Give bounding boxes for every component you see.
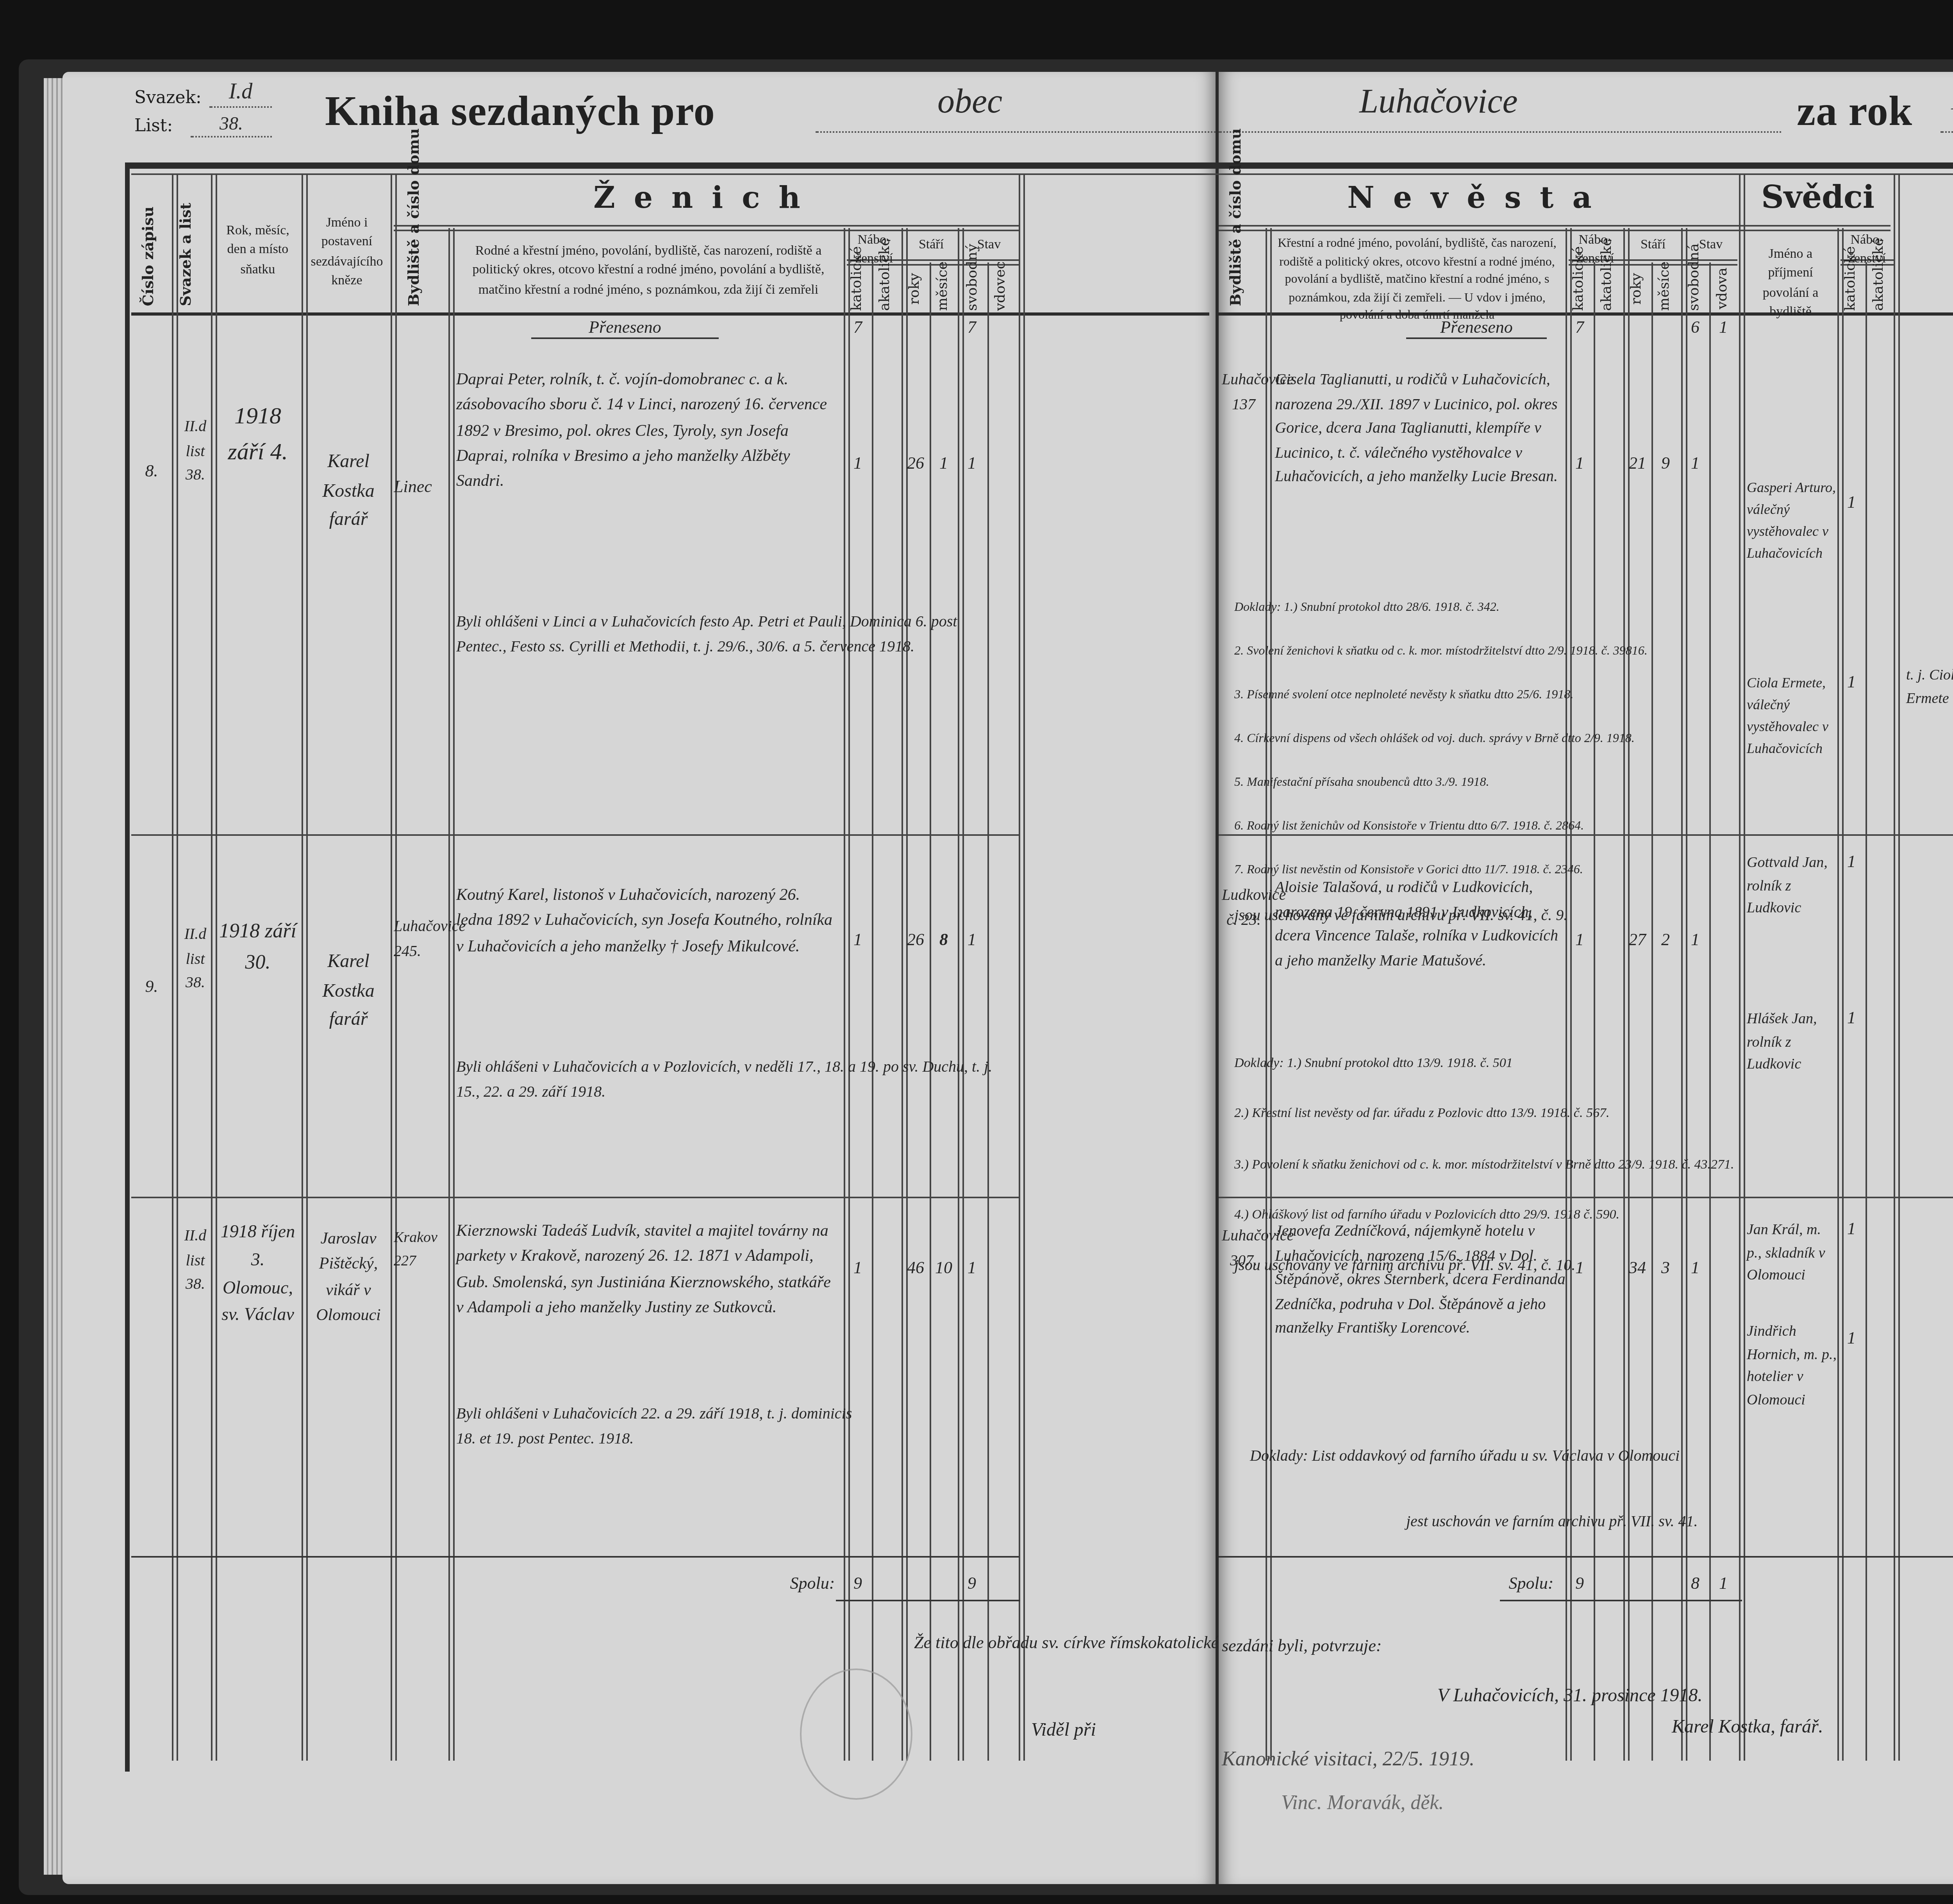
groom-banns: Byli ohlášeni v Luhačovicích a v Pozlovi… (456, 1056, 1011, 1105)
col-katolicke: katolické (850, 267, 866, 311)
entry-notes: t. j. Ciola Ermete (1906, 666, 1953, 712)
entry-svazek-list: II.d list 38. (178, 1225, 212, 1297)
table-top-rule (125, 162, 1219, 169)
col-priest: Jméno i postavení sezdávajícího kněze (306, 212, 387, 289)
groom-residence: Linec (394, 475, 447, 501)
row-separator (131, 1556, 1019, 1558)
col-vdova: vdova (1716, 267, 1731, 311)
witness-1: Gasperi Arturo, válečný vystěhovalec v L… (1747, 478, 1837, 565)
col-mesice: měsíce (1658, 267, 1673, 311)
canonical-visit: Kanonické visitaci, 22/5. 1919. (1222, 1743, 1628, 1775)
witness-katolicke: 1 (1837, 494, 1866, 512)
col-roky: roky (1630, 267, 1645, 311)
groom-description: Daprai Peter, rolník, t. č. vojín-domobr… (456, 369, 839, 496)
open-book: Svazek: I.d List: 38. Kniha sezdaných pr… (0, 0, 1953, 1904)
bride-residence: Luhačovice 307. (1222, 1225, 1266, 1273)
groom-katolicke: 1 (844, 455, 872, 473)
bride-residence: Ludkovice č. 23. (1222, 884, 1266, 933)
right-page: Luhačovice za rok 1918 Nevěsta Svědci By… (1219, 72, 1953, 1884)
groom-svobodny: 1 (958, 455, 986, 473)
witness-2: Jindřich Hornich, m. p., hotelier v Olom… (1747, 1322, 1837, 1414)
col-line (872, 262, 873, 1761)
total-value: 9 (844, 1575, 872, 1594)
entry-10-documents: Doklady: List oddavkový od farního úřadu… (1250, 1408, 1859, 1572)
col-mesice: měsíce (936, 267, 952, 311)
rule (1219, 173, 1953, 175)
col-line (1866, 262, 1867, 1761)
witness-katolicke: 1 (1837, 1009, 1866, 1028)
col-line (1894, 175, 1900, 1761)
bride-residence: Luhačovice 137 (1222, 369, 1266, 417)
document-line: 3.) Povolení k sňatku ženichovi od c. k.… (1234, 1151, 1844, 1176)
rule (394, 225, 1019, 231)
groom-katolicke: 1 (844, 1259, 872, 1278)
bride-roky: 21 (1623, 455, 1651, 473)
year-dotline (1941, 131, 1953, 133)
list-label: List: (134, 116, 173, 136)
groom-banns: Byli ohlášeni v Luhačovicích 22. a 29. z… (456, 1403, 862, 1451)
rule (131, 173, 1219, 175)
col-notes: Poznámky (1900, 256, 1953, 279)
carried-over-label: Přeneseno (1406, 319, 1547, 339)
document-line: jest uschován ve farním archivu př. VII.… (1250, 1506, 1859, 1539)
col-katolicke: katolické (1844, 267, 1859, 311)
bride-svobodna: 1 (1681, 455, 1709, 473)
groom-roky: 46 (902, 1259, 930, 1278)
bride-description: Jenovefa Zedníčková, nájemkyně hotelu v … (1275, 1220, 1566, 1341)
title-dotline (816, 131, 1216, 133)
list-value: 38. (191, 112, 272, 137)
entry-svazek-list: II.d list 38. (178, 416, 212, 488)
row-separator (131, 1197, 1019, 1198)
register-title: Kniha sezdaných pro (325, 87, 715, 136)
total-value: 9 (958, 1575, 986, 1594)
col-line (391, 175, 397, 1761)
witness-katolicke: 1 (1837, 1220, 1866, 1239)
col-vdovec: vdovec (994, 267, 1009, 311)
witness-katolicke: 1 (1837, 673, 1866, 692)
section-witnesses: Svědci (1742, 178, 1894, 216)
entry-date: 1918 říjen 3. Olomouc, sv. Václav (216, 1220, 300, 1331)
witness-1: Jan Král, m. p., skladník v Olomouci (1747, 1220, 1837, 1289)
col-groom-residence: Bydliště a číslo domu (406, 234, 423, 306)
carried-over-value: 7 (1566, 319, 1594, 337)
year-value: 1918 (1950, 84, 1953, 117)
rule (1219, 225, 1891, 231)
header-bottom-rule (131, 312, 1209, 316)
bride-katolicke: 1 (1566, 931, 1594, 950)
total-value: 8 (1681, 1575, 1709, 1594)
document-line: 5. Manifestační přísaha snoubenců dtto 3… (1234, 772, 1828, 794)
col-bride-residence: Bydliště a číslo domu (1228, 234, 1245, 306)
total-underline (1500, 1600, 1742, 1601)
priest-signature: Karel Kostka, farář. (1672, 1712, 1953, 1741)
bride-katolicke: 1 (1566, 1259, 1594, 1278)
year-label: za rok (1797, 87, 1912, 136)
row-separator (131, 834, 1019, 836)
groom-description: Kierznowski Tadeáš Ludvík, stavitel a ma… (456, 1220, 839, 1322)
place-name: Luhačovice (1359, 81, 1518, 122)
col-svobodna: svobodná (1687, 267, 1703, 311)
col-svobodny: svobodný (966, 267, 981, 311)
col-bride-description: Křestní a rodné jméno, povolání, bydlišt… (1275, 234, 1559, 325)
visitor-signature: Vinc. Moravák, děk. (1281, 1787, 1594, 1819)
title-dotline (1219, 131, 1781, 133)
col-line (448, 228, 455, 1761)
entry-priest: Karel Kostka farář (309, 947, 387, 1034)
col-groom-description: Rodné a křestní jméno, povolání, bydlišt… (462, 241, 834, 298)
table-top-rule (1219, 162, 1953, 169)
entry-date: 1918 září 4. (219, 400, 297, 473)
section-groom: Ženich (394, 181, 1019, 216)
col-age: Stáří (905, 234, 958, 253)
section-bride: Nevěsta (1219, 181, 1739, 216)
carried-over-value: 7 (958, 319, 986, 337)
document-line: 3. Písemné svolení otce neplnoleté nevěs… (1234, 684, 1828, 706)
groom-residence: Krakov 227 (394, 1228, 447, 1274)
groom-svobodny: 1 (958, 931, 986, 950)
entry-svazek-list: II.d list 38. (178, 923, 212, 996)
entry-number: 9. (131, 978, 172, 997)
groom-description: Koutný Karel, listonoš v Luhačovicích, n… (456, 884, 839, 960)
col-katolicke: katolické (1572, 267, 1587, 311)
groom-residence: Luhačovice 245. (394, 915, 447, 964)
total-value: 9 (1566, 1575, 1594, 1594)
document-line: Doklady: 1.) Snubní protokol dtto 28/6. … (1234, 597, 1828, 619)
groom-svobodny: 1 (958, 1259, 986, 1278)
parish-seal-stamp (800, 1668, 912, 1800)
col-akatolicke: akatolické (1600, 267, 1616, 311)
groom-roky: 26 (902, 931, 930, 950)
carried-over-value: 6 (1681, 319, 1709, 337)
witness-1: Gottvald Jan, rolník z Ludkovic (1747, 853, 1837, 922)
col-line (987, 262, 989, 1761)
closing-text-left: Že tito dle obřadu sv. církve římskokato… (625, 1631, 1219, 1658)
carried-over-value: 7 (844, 319, 872, 337)
col-line (1019, 175, 1025, 1761)
col-akatolicke: akatolické (878, 267, 894, 311)
groom-banns: Byli ohlášeni v Linci a v Luhačovicích f… (456, 611, 1011, 659)
svazek-value: I.d (209, 81, 272, 108)
bride-description: Gisela Taglianutti, u rodičů v Luhačovic… (1275, 369, 1566, 490)
witness-2: Hlášek Jan, rolník z Ludkovic (1747, 1009, 1837, 1078)
bride-mesice: 2 (1651, 931, 1680, 950)
table-left-rule (125, 162, 130, 1772)
total-value: 1 (1709, 1575, 1737, 1594)
bride-katolicke: 1 (1566, 455, 1594, 473)
groom-mesice: 10 (930, 1259, 958, 1278)
col-cislo-zapisu: Číslo zápisu (141, 212, 158, 306)
col-witness-name: Jméno a příjmení povolání a bydliště (1747, 244, 1834, 321)
groom-katolicke: 1 (844, 931, 872, 950)
bride-svobodna: 1 (1681, 931, 1709, 950)
place-date: V Luhačovicích, 31. prosince 1918. (1437, 1681, 1953, 1710)
bride-description: Aloisie Talašová, u rodičů v Ludkovicích… (1275, 876, 1566, 973)
document-line: 2. Svolení ženichovi k sňatku od c. k. m… (1234, 641, 1828, 662)
closing-text-right: sezdáni byli, potvrzuje: (1222, 1634, 1691, 1661)
bride-roky: 34 (1623, 1259, 1651, 1278)
entry-priest: Jaroslav Pištěcký, vikář v Olomouci (309, 1228, 387, 1329)
left-page: Svazek: I.d List: 38. Kniha sezdaných pr… (62, 72, 1216, 1884)
col-date-place: Rok, měsíc, den a místo sňatku (217, 220, 298, 278)
document-line: Doklady: List oddavkový od farního úřadu… (1250, 1440, 1859, 1473)
entry-date: 1918 září 30. (219, 915, 297, 978)
total-label: Spolu: (781, 1575, 844, 1594)
col-line (302, 175, 308, 1761)
col-age: Stáří (1626, 234, 1680, 253)
groom-roky: 26 (902, 455, 930, 473)
entry-number: 8. (131, 462, 172, 481)
visa-text: Viděl při (1031, 1715, 1219, 1744)
municipality-type: obec (937, 81, 1002, 122)
register-scan: Svazek: I.d List: 38. Kniha sezdaných pr… (0, 0, 1953, 1904)
document-line: 2.) Křestní list nevěsty od far. úřadu z… (1234, 1101, 1844, 1126)
bride-mesice: 3 (1651, 1259, 1680, 1278)
col-roky: roky (908, 267, 923, 311)
carried-over-label: Přeneseno (531, 319, 719, 339)
groom-mesice: 8 (930, 931, 958, 950)
witness-katolicke: 1 (1837, 1329, 1866, 1348)
total-underline (836, 1600, 1020, 1601)
col-svazek-list: Svazek a list (178, 212, 195, 306)
total-label: Spolu: (1500, 1575, 1562, 1594)
bride-mesice: 9 (1651, 455, 1680, 473)
col-line (930, 262, 931, 1761)
bride-svobodna: 1 (1681, 1259, 1709, 1278)
witness-2: Ciola Ermete, válečný vystěhovalec v Luh… (1747, 673, 1837, 760)
col-line (172, 175, 178, 1761)
groom-mesice: 1 (930, 455, 958, 473)
witness-katolicke: 1 (1837, 853, 1866, 872)
document-line: 4. Církevní dispens od všech ohlášek od … (1234, 728, 1828, 750)
entry-priest: Karel Kostka farář (309, 447, 387, 534)
document-line: 6. Rodný list ženichův od Konsistoře v T… (1234, 815, 1828, 837)
carried-over-value: 1 (1709, 319, 1737, 337)
bride-roky: 27 (1623, 931, 1651, 950)
svazek-label: Svazek: (134, 87, 202, 108)
col-akatolicke: akatolické (1872, 267, 1887, 311)
